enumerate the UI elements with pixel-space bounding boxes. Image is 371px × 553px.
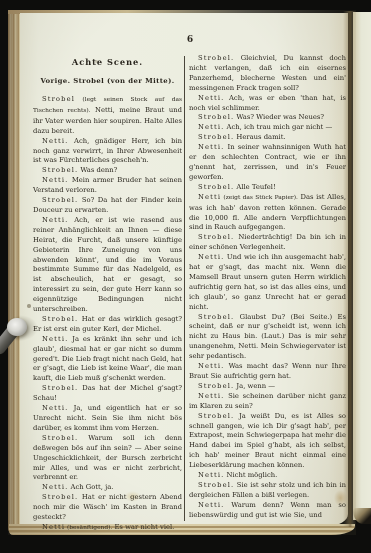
dialogue-paragraph: Strobel. Hat er nicht gestern Abend noch… <box>33 493 182 523</box>
speaker-name: Netti. <box>42 335 68 343</box>
speaker-name: Strobel. <box>42 493 78 501</box>
dialogue-paragraph: Netti. Ja, und eigentlich hat er so Unre… <box>33 404 182 434</box>
dialogue-text: Was denn? <box>78 166 117 174</box>
left-column: Achte Scene. Vorige. Strobel (von der Mi… <box>33 57 182 534</box>
dialogue-paragraph: Netti. Ach, er ist wie rasend aus reiner… <box>33 216 182 315</box>
right-column-paragraphs: Strobel. Gleichviel, Du kannst doch nich… <box>189 54 346 521</box>
dialogue-paragraph: Netti. Nicht möglich. <box>189 471 346 481</box>
speaker-name: Strobel. <box>198 481 234 489</box>
speaker-name: Strobel. <box>42 196 78 204</box>
speaker-name: Strobel. <box>42 434 78 442</box>
dialogue-text: Ach, ich trau mich gar nicht — <box>224 123 332 131</box>
speaker-name: Strobel. <box>198 54 234 62</box>
dialogue-paragraph: Strobel. Alle Teufel! <box>189 183 346 193</box>
dialogue-paragraph: Strobel. Niederträchtig! Da bin ich in e… <box>189 233 346 253</box>
dialogue-paragraph: Netti. In seiner wahnsinnigen Wuth hat e… <box>189 143 346 183</box>
speaker-name: Netti. <box>198 362 224 370</box>
paper-speck <box>27 304 31 308</box>
dialogue-text: Ach Gott, ja. <box>68 483 113 491</box>
scene-heading: Achte Scene. <box>33 57 182 67</box>
dialogue-paragraph: Strobel. Ja, wenn — <box>189 382 346 392</box>
speaker-name: Strobel. <box>42 384 78 392</box>
dialogue-text: Heraus damit. <box>234 133 285 141</box>
dialogue-paragraph: Netti. Ach, ich trau mich gar nicht — <box>189 123 346 133</box>
dialogue-paragraph: Netti. Was macht das? Wenn nur Ihre Brau… <box>189 362 346 382</box>
dialogue-paragraph: Strobel (legt seinen Stock auf das Tisch… <box>33 95 182 137</box>
dialogue-paragraph: Netti. Ach, gnädiger Herr, ich bin noch … <box>33 137 182 167</box>
speaker-name: Strobel. <box>198 113 234 121</box>
speaker-name: Netti. <box>42 176 68 184</box>
dialogue-paragraph: Strobel. Was? Wieder was Neues? <box>189 113 346 123</box>
dialogue-paragraph: Netti. Mein armer Bruder hat seinen Vers… <box>33 176 182 196</box>
dialogue-text: Ja weißt Du, es ist Alles so schnell gan… <box>189 412 346 470</box>
dialogue-text: Und wie ich ihn ausgemacht hab', hat er … <box>189 253 346 311</box>
speaker-name: Netti <box>198 193 221 201</box>
page-number: 6 <box>33 35 347 45</box>
speaker-name: Netti. <box>198 143 224 151</box>
dialogue-paragraph: Netti. Und wie ich ihn ausgemacht hab', … <box>189 253 346 312</box>
dialogue-text: Nicht möglich. <box>224 471 277 479</box>
stage-direction: (zeigt das Stück Papier). <box>221 195 298 201</box>
speaker-name: Netti <box>42 523 65 531</box>
speaker-name: Netti. <box>198 501 224 509</box>
speaker-name: Strobel <box>42 95 75 103</box>
left-column-paragraphs: Strobel (legt seinen Stock auf das Tisch… <box>33 95 182 534</box>
dialogue-paragraph: Netti. Ach Gott, ja. <box>33 483 182 493</box>
dialogue-paragraph: Strobel. Gleichviel, Du kannst doch nich… <box>189 54 346 94</box>
dialogue-text: Es war nicht viel. <box>112 523 174 531</box>
dialogue-paragraph: Netti. Warum denn? Wenn man so liebenswü… <box>189 501 346 521</box>
speaker-name: Strobel. <box>42 315 78 323</box>
dialogue-text: Ja, wenn — <box>234 382 275 390</box>
speaker-name: Netti. <box>198 471 224 479</box>
speaker-name: Netti. <box>42 404 68 412</box>
dialogue-paragraph: Strobel. Heraus damit. <box>189 133 346 143</box>
dialogue-paragraph: Strobel. So? Da hat der Finder kein Douc… <box>33 196 182 216</box>
speaker-name: Netti. <box>42 137 68 145</box>
dialogue-text: Alle Teufel! <box>234 183 275 191</box>
dialogue-paragraph: Strobel. Hat er das wirklich gesagt? Er … <box>33 315 182 335</box>
dialogue-paragraph: Strobel. Warum soll ich denn deßwegen bö… <box>33 434 182 484</box>
book-scan: 6 Achte Scene. Vorige. Strobel (von der … <box>0 0 371 553</box>
dialogue-paragraph: Netti. Sie scheinen darüber nicht ganz i… <box>189 392 346 412</box>
dialogue-paragraph: Netti (zeigt das Stück Papier). Das ist … <box>189 193 346 234</box>
dialogue-paragraph: Strobel. Was denn? <box>33 166 182 176</box>
speaker-name: Netti. <box>42 483 68 491</box>
dialogue-text: Was? Wieder was Neues? <box>234 113 324 121</box>
column-divider <box>184 56 185 521</box>
scene-subheading: Vorige. Strobel (von der Mitte). <box>33 77 182 85</box>
speaker-name: Strobel. <box>198 382 234 390</box>
dialogue-paragraph: Strobel. Das hat der Michel g'sagt? Scha… <box>33 384 182 404</box>
speaker-name: Strobel. <box>42 166 78 174</box>
dialogue-paragraph: Strobel. Ja weißt Du, es ist Alles so sc… <box>189 412 346 471</box>
dialogue-paragraph: Netti. Ach, was er eben 'than hat, is no… <box>189 94 346 114</box>
dialogue-paragraph: Strobel. Sie ist sehr stolz und ich bin … <box>189 481 346 501</box>
clip-tip <box>7 318 27 336</box>
speaker-name: Strobel. <box>198 183 234 191</box>
dialogue-text: Ach, er ist wie rasend aus reiner Anhäng… <box>33 216 182 313</box>
speaker-name: Netti. <box>198 392 224 400</box>
speaker-name: Strobel. <box>198 313 234 321</box>
dialogue-paragraph: Strobel. Glaubst Du? (Bei Seite.) Es sch… <box>189 313 346 363</box>
right-column: Strobel. Gleichviel, Du kannst doch nich… <box>189 54 346 521</box>
speaker-name: Strobel. <box>198 233 234 241</box>
speaker-name: Netti. <box>198 253 224 261</box>
dialogue-paragraph: Netti. Ja es kränkt ihn sehr und ich gla… <box>33 335 182 385</box>
speaker-name: Netti. <box>198 94 224 102</box>
adjacent-page <box>353 12 371 520</box>
speaker-name: Strobel. <box>198 133 234 141</box>
speaker-name: Netti. <box>198 123 224 131</box>
speaker-name: Netti. <box>42 216 68 224</box>
dialogue-paragraph: Netti (besänftigend). Es war nicht viel. <box>33 523 182 534</box>
stage-direction: (besänftigend). <box>65 525 112 531</box>
speaker-name: Strobel. <box>198 412 234 420</box>
